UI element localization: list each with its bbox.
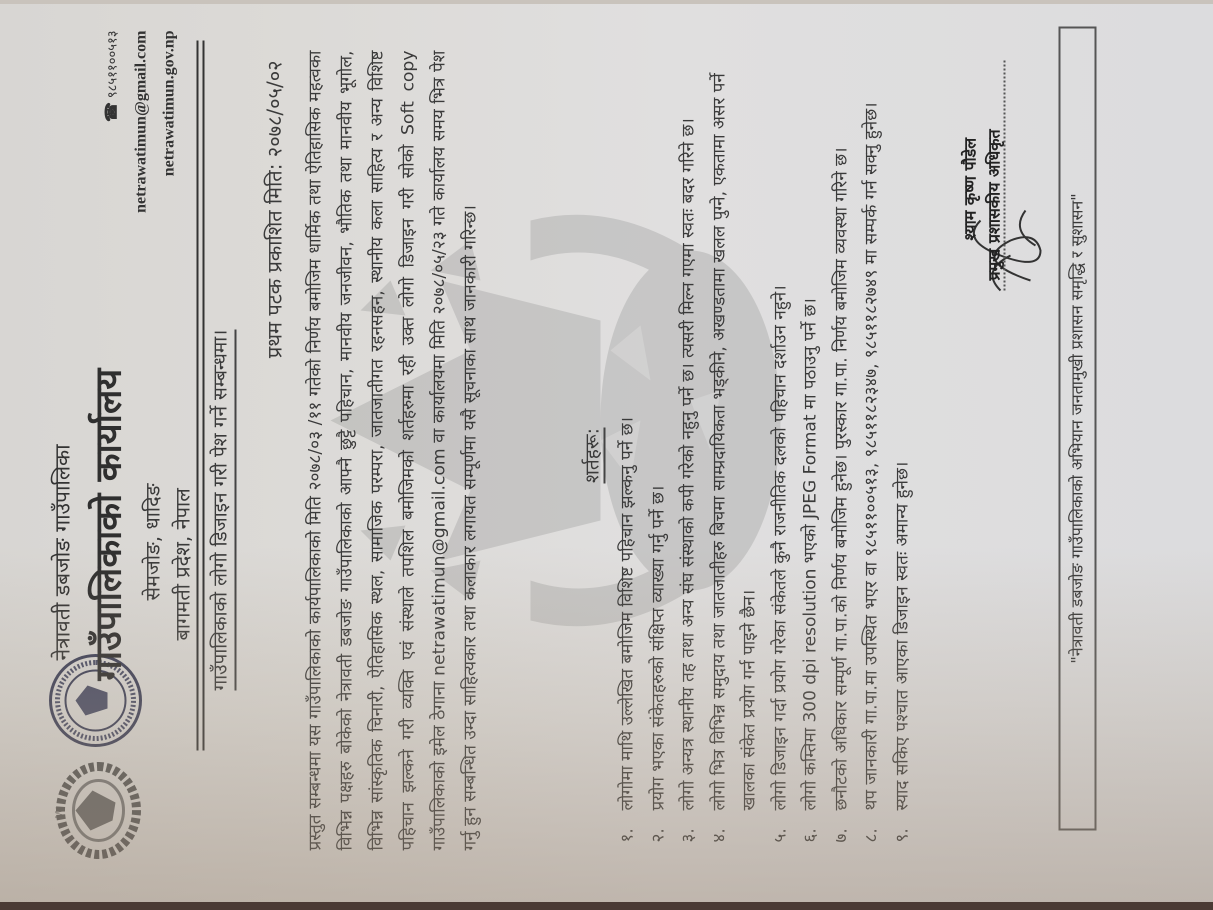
phone-number: ९८५११००५१३ [105,30,120,98]
publication-date-line: प्रथम पटक प्रकाशित मिति: २०७८/०५/०२ [260,0,287,910]
slogan-box: "नेत्रावती डबजोङ गाउँपालिकाको अभियान जनत… [1058,26,1096,830]
email-address: netrawatimun@gmail.com [127,30,155,212]
condition-item: ३.लोगो अन्यत्र स्थानीय तह तथा अन्य संघ स… [673,40,704,850]
photo-top-edge [0,0,1213,4]
signatory-title: प्रमुख प्रशासकीय अधिकृत [982,129,1004,280]
letterhead: 𝕎 नेत्रावती डबजोङ गाउँपालिका गाउँपालिकाक… [40,30,220,870]
conditions-list: १.लोगोमा माथि उल्लेखित बमोजिम विशिष्ट पह… [612,40,917,850]
website-address: netrawatimun.gov.np [155,30,183,212]
condition-item: २.प्रयोग भएका संकेतहरुको संक्षिप्त व्याख… [643,40,674,850]
condition-item: ९.स्याद सकिए पश्चात आएका डिजाइन स्वतः अम… [887,40,918,850]
condition-item: १.लोगोमा माथि उल्लेखित बमोजिम विशिष्ट पह… [612,40,643,850]
condition-item: ४.लोगो भित्र विभिन्न समुदाय तथा जातजातीह… [704,40,765,850]
publication-date: २०७८/०५/०२ [262,60,286,157]
subject-line: गाउँपालिकाको लोगो डिजाइन गरी पेश गर्ने स… [206,329,236,690]
address-line-2: बागमती प्रदेश, नेपाल [168,488,195,640]
condition-item: ६.लोगो कम्तिमा 300 dpi resolution भएको J… [795,40,826,850]
address-line-1: सेमजोङ, धादिङ [138,483,165,600]
conditions-heading: शर्तहरू: [578,0,604,910]
notice-body: प्रस्तुत सम्बन्धमा यस गाउँपालिकाको कार्य… [300,50,486,850]
condition-item: ५.लोगो डिजाइन गर्दा प्रयोग गरेका संकेतले… [765,40,796,850]
signature-dotted-line [1003,60,1005,290]
condition-item: ७.छनौटको अधिकार सम्पूर्ण गा.पा.को निर्णय… [826,40,857,850]
photo-bottom-edge [0,902,1213,910]
office-title: गाउँपालिकाको कार्यालय [82,368,131,680]
signatory-name: श्याम कृष्ण पौडेल [960,137,980,240]
svg-text:𝕎: 𝕎 [54,807,65,818]
condition-item: ८.थप जानकारी गा.पा.मा उपस्थित भएर वा ९८५… [856,40,887,850]
nepal-emblem-icon: 𝕎 [50,760,142,860]
phone-icon: ☎ [103,102,120,122]
contact-block: ☎ ९८५११००५१३ netrawatimun@gmail.com netr… [98,30,183,212]
header-divider [196,40,204,750]
notice-document: 𝕎 नेत्रावती डबजोङ गाउँपालिका गाउँपालिकाक… [0,0,1213,910]
phone-row: ☎ ९८५११००५१३ [98,30,127,212]
publication-label: प्रथम पटक प्रकाशित मिति: [262,163,286,358]
municipality-name: नेत्रावती डबजोङ गाउँपालिका [48,444,76,660]
